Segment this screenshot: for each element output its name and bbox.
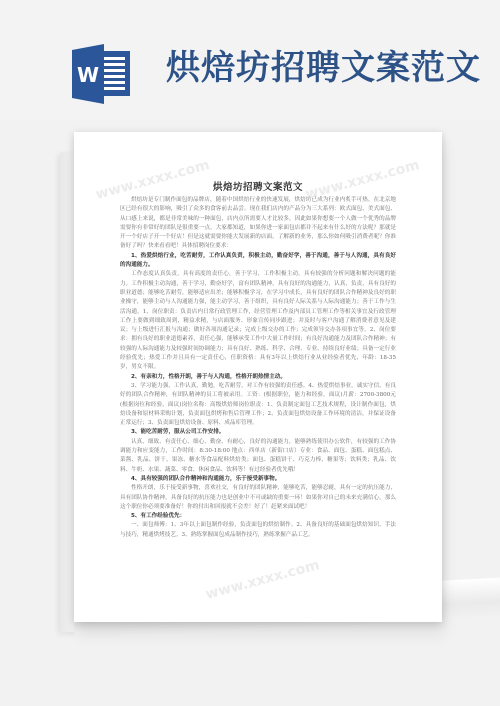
paragraph: 3、学习能力强，工作认真，勤勉，吃苦耐劳，对工作有较强的责任感。4、热爱烘焙事业… [120, 382, 396, 428]
section-heading: 1、热爱烘焙行业，吃苦耐劳，工作认真负责，积极主动，勤奋好学，善于沟通，善于与人… [120, 252, 396, 271]
paragraph: 认真、细致、有责任心、细心、勤奋、有耐心，良好的沟通能力，能够熟练使用办公软件，… [120, 438, 396, 475]
paragraph: 工作态度认真负责，具有高度的责任心，善于学习，工作积极主动，具有较强的分析问题和… [120, 270, 396, 372]
document-body: 烘焙坊是专门制作面包的品牌店，随着中国烘焙行业的快速发展，烘焙坊已成为行业内炙手… [120, 196, 396, 540]
section-heading: 4、具有较强的团队合作精神和沟通能力，乐于接受新事物。 [120, 475, 396, 484]
section-heading: 3、能吃苦耐劳，服从公司工作安排。 [120, 428, 396, 437]
section-heading: 2、有亲和力，性格开朗，善于与人沟通，性格开朗热情主动。 [120, 373, 396, 382]
document-title: 烘焙坊招聘文案范文 [74, 179, 442, 193]
paragraph: 性格开朗，乐于接受新事物，喜欢社交，有良好的团队精神，能够吃苦，能够忍耐，具有一… [120, 484, 396, 512]
paragraph: 烘焙坊是专门制作面包的品牌店，随着中国烘焙行业的快速发展，烘焙坊已成为行业内炙手… [120, 196, 396, 252]
paragraph: 一、面包师傅：1、3年以上面包制作经验，负责面包的烘焙制作。2、具备良好的基础面… [120, 521, 396, 540]
word-icon: W [70, 44, 134, 104]
banner-header: W 烘焙坊招聘文案范文 [0, 0, 500, 120]
section-heading: 5、有工作经验优先： [120, 512, 396, 521]
svg-text:W: W [77, 63, 99, 87]
document-page: 烘焙坊招聘文案范文 烘焙坊是专门制作面包的品牌店，随着中国烘焙行业的快速发展，烘… [74, 132, 442, 622]
banner-title: 烘焙坊招聘文案范文 [166, 48, 481, 88]
watermark: www.xxxx.com [204, 557, 321, 603]
